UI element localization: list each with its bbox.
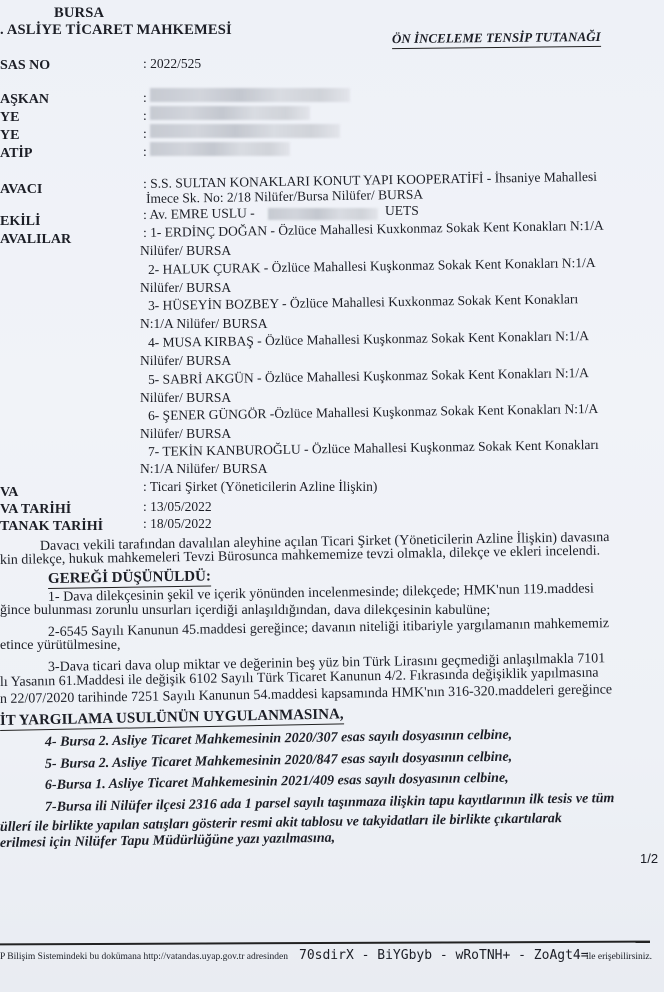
davaci-address: İmece Sk. No: 2/18 Nilüfer/Bursa Nilüfer… xyxy=(146,187,423,207)
dava-value: : Ticari Şirket (Yöneticilerin Azline İl… xyxy=(143,479,377,495)
vekili-uets: UETS xyxy=(385,203,419,219)
page-number: 1/2 xyxy=(640,851,658,866)
footer-divider xyxy=(0,941,650,946)
verification-code: 70sdirX - BiYGbyb - wRoTNH+ - ZoAgt4= xyxy=(299,948,589,963)
tutanak-tarihi-label: TANAK TARİHİ xyxy=(0,519,103,535)
panel-colon: : xyxy=(143,126,147,142)
redacted-name xyxy=(150,142,290,156)
procedure-heading: İT YARGILAMA USULÜNÜN UYGULANMASINA, xyxy=(0,706,344,731)
defendant-address: N:1/A Nilüfer/ BURSA xyxy=(140,461,268,477)
section-heading: GEREĞİ DÜŞÜNÜLDÜ: xyxy=(48,568,211,589)
defendant-address: Nilüfer/ BURSA xyxy=(140,353,231,369)
redacted-name xyxy=(150,124,340,138)
panel-label-baskan: AŞKAN xyxy=(0,92,49,108)
defendant-address: Nilüfer/ BURSA xyxy=(140,426,231,442)
defendant-address: Nilüfer/ BURSA xyxy=(140,390,231,406)
item-4: 4- Bursa 2. Asliye Ticaret Mahkemesinin … xyxy=(45,728,512,751)
vekili-value: : Av. EMRE USLU - xyxy=(143,205,255,223)
item-2: 2-6545 Sayılı Kanunun 45.maddesi gereğin… xyxy=(48,616,609,641)
panel-label-uye-1: YE xyxy=(0,110,19,126)
item-6: 6-Bursa 1. Asliye Ticaret Mahkemesinin 2… xyxy=(45,771,509,794)
item-1-cont: ğince bulunması zorunlu unsurları içerdi… xyxy=(0,603,490,619)
document-page: BURSA . ASLİYE TİCARET MAHKEMESİ ÖN İNCE… xyxy=(0,0,664,992)
redacted-name xyxy=(150,106,310,120)
panel-label-katip: ATİP xyxy=(0,146,32,162)
document-title: ÖN İNCELEME TENSİP TUTANAĞI xyxy=(392,29,601,49)
esas-no-label: SAS NO xyxy=(0,58,50,74)
defendant-address: Nilüfer/ BURSA xyxy=(140,280,231,296)
dava-label: VA xyxy=(0,485,18,501)
footer-prefix: P Bilişim Sistemindeki bu dokümana http:… xyxy=(0,952,288,962)
panel-label-uye-2: YE xyxy=(0,128,19,144)
dava-tarihi-label: VA TARİHİ xyxy=(0,502,71,518)
panel-colon: : xyxy=(143,108,147,124)
tutanak-tarihi-value: : 18/05/2022 xyxy=(143,516,212,532)
defendant-address: N:1/A Nilüfer/ BURSA xyxy=(140,316,268,332)
panel-colon: : xyxy=(143,144,147,160)
court-name: . ASLİYE TİCARET MAHKEMESİ xyxy=(0,22,232,39)
dava-tarihi-value: : 13/05/2022 xyxy=(143,499,212,515)
item-2-cont: etince yürütülmesine, xyxy=(0,638,121,654)
court-city: BURSA xyxy=(54,5,104,22)
redacted-name xyxy=(150,88,350,102)
esas-no-value: : 2022/525 xyxy=(143,56,201,72)
davaci-label: AVACI xyxy=(0,182,42,198)
item-5: 5- Bursa 2. Asliye Ticaret Mahkemesinin … xyxy=(45,750,512,773)
panel-colon: : xyxy=(143,90,147,106)
footer-suffix: ile erişebilirsiniz. xyxy=(586,952,652,962)
vekili-label: EKİLİ xyxy=(0,214,40,230)
davalilar-label: AVALILAR xyxy=(0,232,71,248)
defendant-address: Nilüfer/ BURSA xyxy=(140,243,231,259)
redacted-contact xyxy=(268,208,378,220)
